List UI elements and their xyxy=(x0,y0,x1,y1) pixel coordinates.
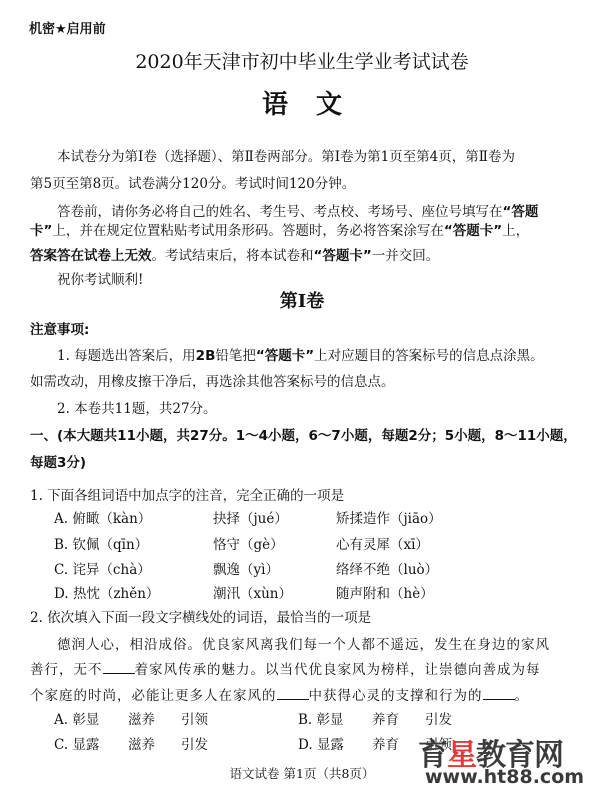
word: 矫揉造作 xyxy=(336,511,390,527)
volume-title: 第Ⅰ卷 xyxy=(0,287,604,313)
option-label: B. xyxy=(54,537,73,553)
word: 滋养 xyxy=(128,708,155,728)
option-label: D. xyxy=(54,586,73,602)
fill-blank-1 xyxy=(103,661,135,674)
intro-line: 答案答在试卷上无效。考试结束后，将本试卷和“答题卡”一并交回。 xyxy=(30,244,439,264)
option-word: 随声附和（hè） xyxy=(336,582,434,602)
option-d: D. 热忱（zhěn） xyxy=(54,582,159,602)
intro-line: 卡”上，并在规定位置粘贴考试用条形码。答题时，务必将答案涂写在“答题卡”上， xyxy=(30,219,529,239)
option-word: 络绎不绝（luò） xyxy=(336,558,438,578)
word: 潮汛 xyxy=(213,586,240,602)
option-label: C. xyxy=(54,562,72,578)
intro-line: 本试卷分为第Ⅰ卷（选择题）、第Ⅱ卷两部分。第Ⅰ卷为第1页至第4页，第Ⅱ卷为 xyxy=(57,145,515,165)
note-item: 如需改动，用橡皮擦干净后，再选涂其他答案标号的信息点。 xyxy=(30,370,395,390)
fill-blank-2 xyxy=(277,687,309,700)
pinyin: （kàn） xyxy=(99,511,151,527)
option-label: A. xyxy=(54,511,72,527)
bold-text: “答题卡” xyxy=(444,223,502,239)
option-d: D. 显露 xyxy=(298,733,344,753)
passage-line: 个家庭的时尚，必能让更多人在家风的中获得心灵的支撑和行为的。 xyxy=(30,684,529,704)
pinyin: （luò） xyxy=(390,562,438,578)
option-word: 恪守（gè） xyxy=(213,533,284,553)
word: 养育 xyxy=(372,733,399,753)
notes-heading: 注意事项: xyxy=(30,318,89,338)
option-c: C. 诧异（chà） xyxy=(54,558,151,578)
pinyin: （chà） xyxy=(99,562,150,578)
fill-blank-3 xyxy=(483,687,515,700)
text: 一并交回。 xyxy=(372,248,440,264)
question-stem: 1. 下面各组词语中加点字的注音，完全正确的一项是 xyxy=(30,484,344,504)
word: 抉择 xyxy=(213,511,240,527)
option-c: C. 显露 xyxy=(54,733,99,753)
option-word: 潮汛（xùn） xyxy=(213,582,292,602)
word: 钦佩 xyxy=(73,537,100,553)
word: 引发 xyxy=(425,708,452,728)
word: 热忱 xyxy=(73,586,100,602)
word: 飘逸 xyxy=(213,562,240,578)
text: 。 xyxy=(515,688,530,704)
text: 中获得心灵的支撑和行为的 xyxy=(309,688,483,704)
word: 随声附和 xyxy=(336,586,390,602)
option-label: C. xyxy=(54,737,72,753)
word: 滋养 xyxy=(128,733,155,753)
subject-title: 语文 xyxy=(0,84,604,121)
question-stem: 2. 依次填入下面一段文字横线处的词语，最恰当的一项是 xyxy=(30,606,371,626)
confidential-label: 机密★启用前 xyxy=(29,18,106,37)
pinyin: （qīn） xyxy=(100,537,149,553)
option-b: B. 钦佩（qīn） xyxy=(54,533,148,553)
text: 上， xyxy=(502,223,529,239)
pinyin: （yì） xyxy=(240,562,279,578)
bold-text: “答题 xyxy=(503,204,539,220)
pinyin: （jiāo） xyxy=(390,511,442,527)
option-a: A. 俯瞰（kàn） xyxy=(54,507,151,527)
text: 个家庭的时尚，必能让更多人在家风的 xyxy=(30,688,277,704)
text: 上对应题目的答案标号的信息点涂黑。 xyxy=(314,348,544,364)
bold-text: “答题卡” xyxy=(256,348,314,364)
bold-text: 答案答在试卷上无效 xyxy=(30,248,152,264)
pinyin: （zhěn） xyxy=(100,586,160,602)
text: 。考试结束后，将本试卷和 xyxy=(152,248,314,264)
option-label: D. xyxy=(298,737,317,753)
passage-line: 善行，无不着家风传承的魅力。以当代优良家风为榜样，让崇德向善成为每 xyxy=(30,658,541,678)
text: 铅笔把 xyxy=(215,348,256,364)
pinyin: （hè） xyxy=(390,586,434,602)
word: 引领 xyxy=(181,708,208,728)
option-a: A. 彰显 xyxy=(54,708,99,728)
text: 着家风传承的魅力。以当代优良家风为榜样，让崇德向善成为每 xyxy=(135,662,541,678)
exam-title: 2020年天津市初中毕业生学业考试试卷 xyxy=(0,47,604,74)
section-instructions: 每题3分) xyxy=(30,451,86,471)
option-label: A. xyxy=(54,712,72,728)
option-word: 矫揉造作（jiāo） xyxy=(336,507,442,527)
word: 恪守 xyxy=(213,537,240,553)
text: 答卷前，请你务必将自己的姓名、考生号、考点校、考场号、座位号填写在 xyxy=(57,204,503,220)
text: 善行，无不 xyxy=(30,662,103,678)
pinyin: （xùn） xyxy=(240,586,292,602)
bold-text: 卡” xyxy=(30,223,52,239)
intro-line: 祝你考试顺利! xyxy=(57,268,143,288)
note-item: 2. 本卷共11题，共27分。 xyxy=(57,397,217,417)
word: 显露 xyxy=(72,737,99,753)
pinyin: （xī） xyxy=(390,537,429,553)
text: 上，并在规定位置粘贴考试用条形码。答题时，务必将答案涂写在 xyxy=(52,223,444,239)
note-item: 1. 每题选出答案后，用2B铅笔把“答题卡”上对应题目的答案标号的信息点涂黑。 xyxy=(57,344,544,364)
pinyin: （jué） xyxy=(240,511,288,527)
word: 彰显 xyxy=(317,712,344,728)
section-instructions: 一、(本大题共11小题，共27分。1～4小题，6～7小题，每题2分；5小题，8～… xyxy=(30,424,577,444)
watermark-url: www.ht88.com xyxy=(425,766,584,788)
option-word: 心有灵犀（xī） xyxy=(336,533,429,553)
word: 心有灵犀 xyxy=(336,537,390,553)
option-label: B. xyxy=(298,712,317,728)
word: 显露 xyxy=(317,737,344,753)
word: 养育 xyxy=(372,708,399,728)
option-word: 飘逸（yì） xyxy=(213,558,279,578)
word: 诧异 xyxy=(72,562,99,578)
pinyin: （gè） xyxy=(240,537,284,553)
word: 彰显 xyxy=(72,712,99,728)
option-b: B. 彰显 xyxy=(298,708,344,728)
bold-text: “答题卡” xyxy=(314,248,372,264)
option-word: 抉择（jué） xyxy=(213,507,288,527)
intro-line: 第5页至第8页。试卷满分120分。考试时间120分钟。 xyxy=(30,172,355,192)
word: 俯瞰 xyxy=(72,511,99,527)
word: 引发 xyxy=(181,733,208,753)
intro-line: 答卷前，请你务必将自己的姓名、考生号、考点校、考场号、座位号填写在“答题 xyxy=(57,200,538,220)
bold-text: 2B xyxy=(196,348,216,364)
word: 络绎不绝 xyxy=(336,562,390,578)
passage-line: 德润人心，相沿成俗。优良家风离我们每一个人都不遥远，发生在身边的家风 xyxy=(57,633,550,653)
text: 1. 每题选出答案后，用 xyxy=(57,348,196,364)
